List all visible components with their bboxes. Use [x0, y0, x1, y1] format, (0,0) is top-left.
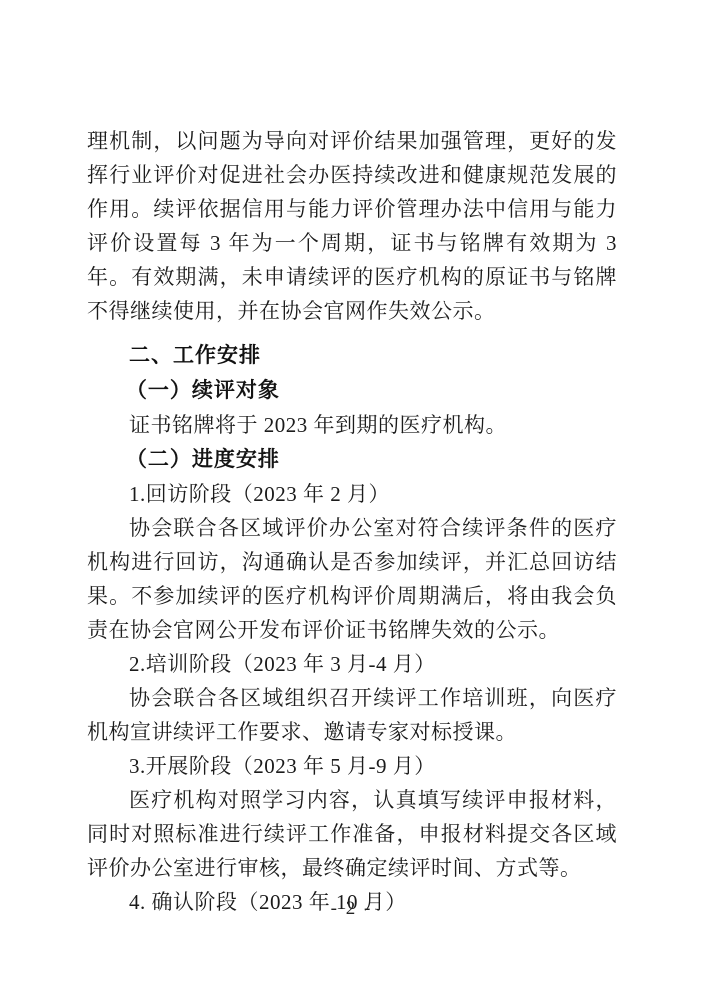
- paragraph-stage-1: 协会联合各区域评价办公室对符合续评条件的医疗机构进行回访，沟通确认是否参加续评，…: [87, 511, 617, 647]
- document-body: 理机制，以问题为导向对评价结果加强管理，更好的发挥行业评价对促进社会办医持续改进…: [87, 124, 617, 919]
- paragraph-continuation: 理机制，以问题为导向对评价结果加强管理，更好的发挥行业评价对促进社会办医持续改进…: [87, 124, 617, 328]
- stage-item-1: 1.回访阶段（2023 年 2 月）: [87, 477, 617, 511]
- paragraph-targets: 证书铭牌将于 2023 年到期的医疗机构。: [87, 408, 617, 442]
- subsection-heading-reevaluation-targets: （一）续评对象: [87, 373, 617, 408]
- paragraph-stage-2: 协会联合各区域组织召开续评工作培训班，向医疗机构宣讲续评工作要求、邀请专家对标授…: [87, 681, 617, 749]
- page-number: - 2 -: [0, 898, 703, 920]
- stage-item-2: 2.培训阶段（2023 年 3 月-4 月）: [87, 647, 617, 681]
- section-heading-work-arrangement: 二、工作安排: [87, 338, 617, 373]
- document-page: 理机制，以问题为导向对评价结果加强管理，更好的发挥行业评价对促进社会办医持续改进…: [0, 0, 703, 994]
- stage-item-3: 3.开展阶段（2023 年 5 月-9 月）: [87, 749, 617, 783]
- subsection-heading-schedule: （二）进度安排: [87, 442, 617, 477]
- paragraph-stage-3: 医疗机构对照学习内容，认真填写续评申报材料，同时对照标准进行续评工作准备，申报材…: [87, 783, 617, 885]
